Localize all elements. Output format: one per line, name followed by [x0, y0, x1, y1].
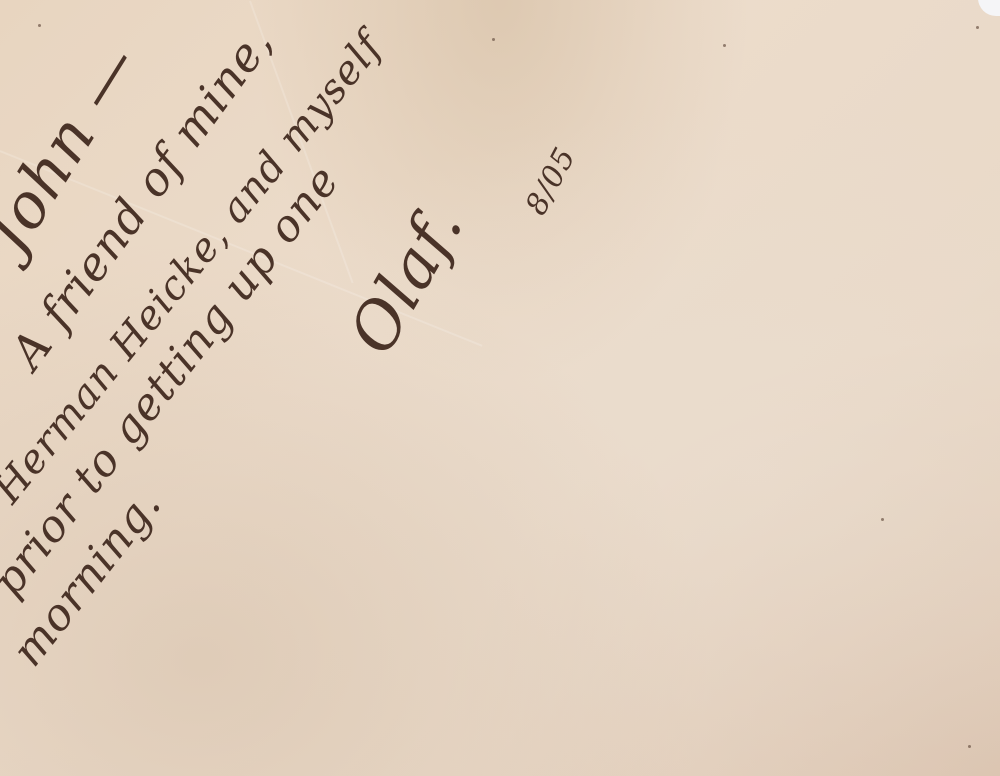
torn-corner [978, 0, 1000, 16]
ink-speck [492, 38, 495, 41]
ink-speck [968, 745, 971, 748]
ink-speck [38, 24, 41, 27]
aged-paper-note: John — A friend of mine, Herman Heicke, … [0, 0, 1000, 776]
ink-speck [881, 518, 884, 521]
signature: Olaf. [340, 195, 474, 364]
date: 8/05 [522, 143, 582, 220]
ink-speck [976, 26, 979, 29]
ink-speck [723, 44, 726, 47]
